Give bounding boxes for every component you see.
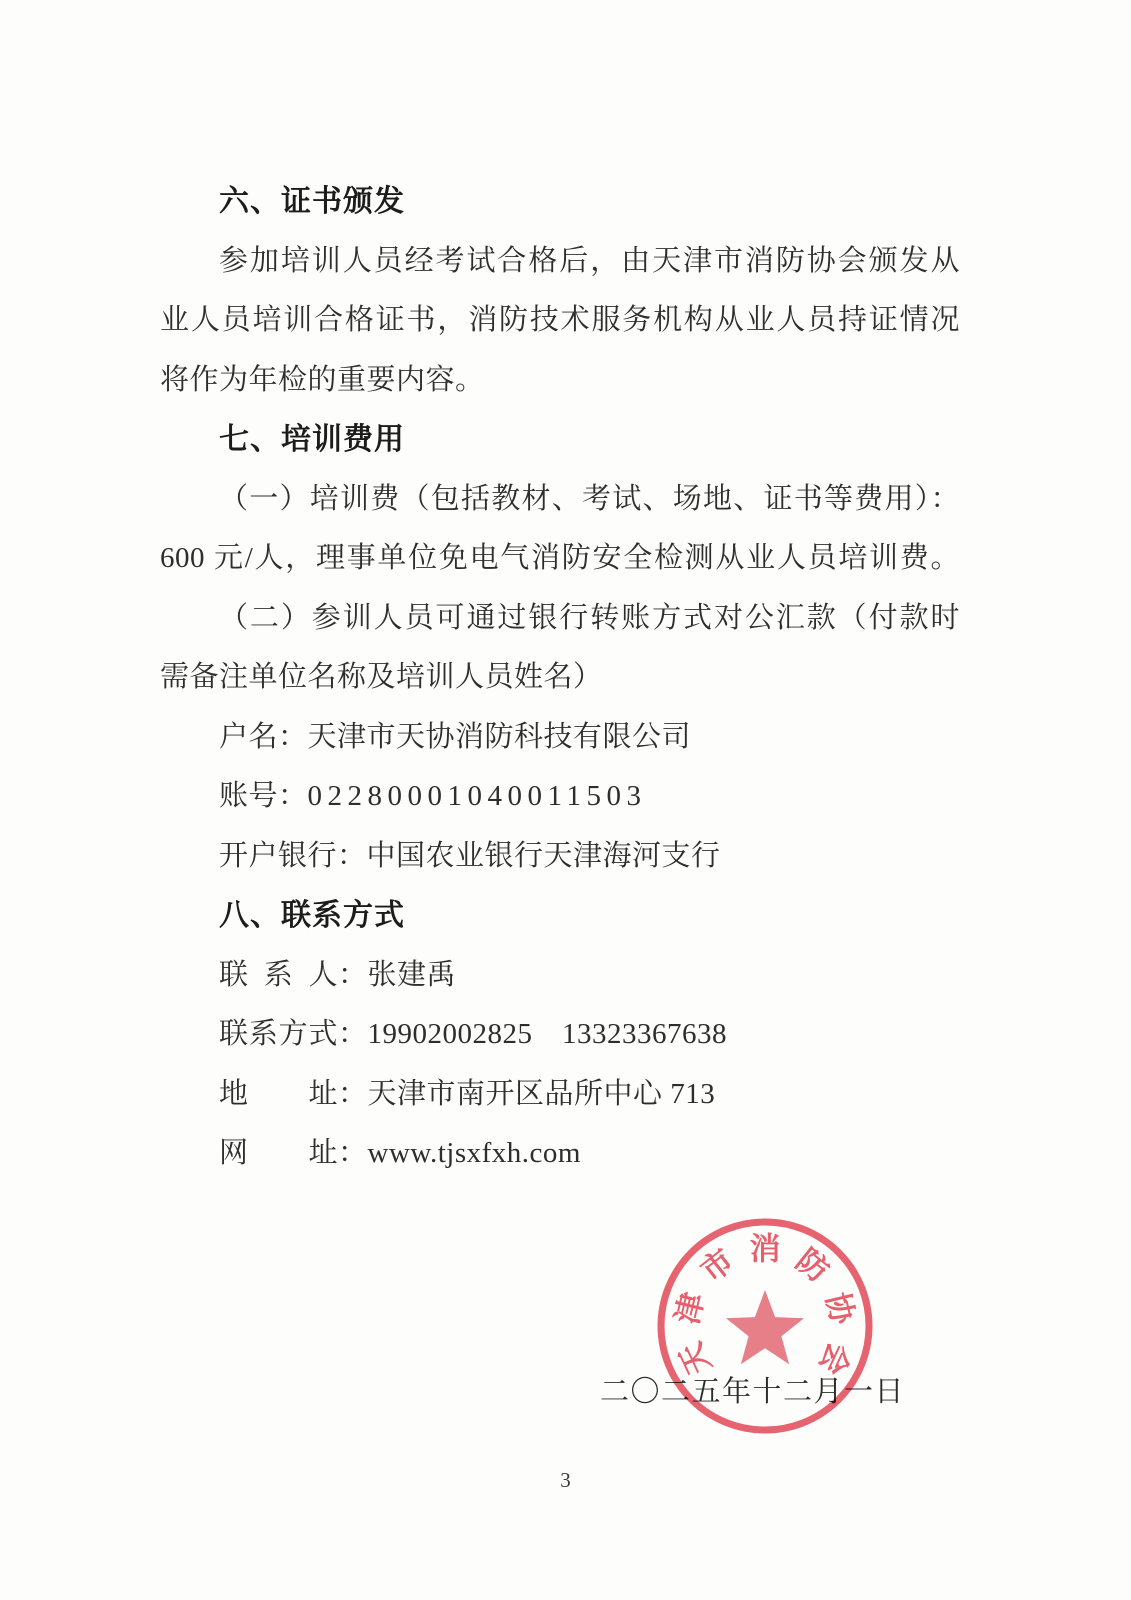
fee-item-1-line-2: 600 元/人，理事单位免电气消防安全检测从业人员培训费。 bbox=[160, 529, 960, 589]
contact-website-row: 网址：www.tjsxfxh.com bbox=[160, 1124, 960, 1184]
bank-line: 开户银行：中国农业银行天津海河支行 bbox=[160, 827, 960, 887]
contact-website-value: www.tjsxfxh.com bbox=[368, 1137, 581, 1169]
contact-person-value: 张建禹 bbox=[368, 959, 457, 991]
page-number: 3 bbox=[0, 1468, 1131, 1493]
contact-phone-row: 联系方式：19902002825 13323367638 bbox=[160, 1005, 960, 1065]
account-number-line: 账号：02280001040011503 bbox=[160, 767, 960, 827]
contact-person-label: 联系人 bbox=[219, 946, 338, 1006]
account-name-line: 户名：天津市天协消防科技有限公司 bbox=[160, 708, 960, 768]
seal-text-char: 津 bbox=[670, 1288, 711, 1327]
colon: ： bbox=[338, 1078, 368, 1110]
fee-item-2-line-2: 需备注单位名称及培训人员姓名） bbox=[160, 648, 960, 708]
colon: ： bbox=[337, 840, 367, 872]
seal-text-char: 市 bbox=[694, 1242, 740, 1289]
seal-text-char: 协 bbox=[819, 1289, 860, 1328]
document-page: 六、证书颁发 参加培训人员经考试合格后，由天津市消防协会颁发从 业人员培训合格证… bbox=[0, 0, 1131, 1600]
contact-address-value: 天津市南开区品所中心 713 bbox=[368, 1078, 716, 1110]
section-8-heading: 八、联系方式 bbox=[160, 886, 960, 946]
bank-value: 中国农业银行天津海河支行 bbox=[367, 840, 721, 872]
section-6-paragraph-line-3: 将作为年检的重要内容。 bbox=[160, 351, 960, 411]
document-body: 六、证书颁发 参加培训人员经考试合格后，由天津市消防协会颁发从 业人员培训合格证… bbox=[160, 172, 960, 1184]
seal-star-icon bbox=[726, 1290, 804, 1364]
account-name-value: 天津市天协消防科技有限公司 bbox=[308, 721, 692, 753]
official-seal-stamp: 天 津 市 消 防 协 会 bbox=[652, 1210, 878, 1442]
contact-phone-value: 19902002825 13323367638 bbox=[368, 1018, 728, 1050]
contact-website-label: 网址 bbox=[219, 1124, 338, 1184]
section-6-heading: 六、证书颁发 bbox=[160, 172, 960, 232]
seal-text-char: 天 bbox=[673, 1337, 718, 1380]
contact-person-row: 联系人：张建禹 bbox=[160, 946, 960, 1006]
fee-item-2-line-1: （二）参训人员可通过银行转账方式对公汇款（付款时 bbox=[160, 589, 960, 649]
colon: ： bbox=[338, 1018, 368, 1050]
seal-text-char: 会 bbox=[812, 1337, 857, 1380]
fee-item-1-line-1: （一）培训费（包括教材、考试、场地、证书等费用）： bbox=[160, 470, 960, 530]
section-7-heading: 七、培训费用 bbox=[160, 410, 960, 470]
account-number-value: 02280001040011503 bbox=[308, 780, 647, 812]
account-name-label: 户名 bbox=[219, 721, 278, 753]
seal-text-char: 消 bbox=[750, 1232, 781, 1267]
colon: ： bbox=[278, 780, 308, 812]
section-6-paragraph-line-2: 业人员培训合格证书，消防技术服务机构从业人员持证情况 bbox=[160, 291, 960, 351]
colon: ： bbox=[338, 1137, 368, 1169]
account-number-label: 账号 bbox=[219, 780, 278, 812]
colon: ： bbox=[278, 721, 308, 753]
seal-text-char: 防 bbox=[790, 1242, 836, 1289]
contact-address-label: 地址 bbox=[219, 1065, 338, 1125]
bank-label: 开户银行 bbox=[219, 840, 337, 872]
contact-address-row: 地址：天津市南开区品所中心 713 bbox=[160, 1065, 960, 1125]
section-6-paragraph-line-1: 参加培训人员经考试合格后，由天津市消防协会颁发从 bbox=[160, 232, 960, 292]
colon: ： bbox=[338, 959, 368, 991]
contact-phone-label: 联系方式 bbox=[219, 1005, 338, 1065]
